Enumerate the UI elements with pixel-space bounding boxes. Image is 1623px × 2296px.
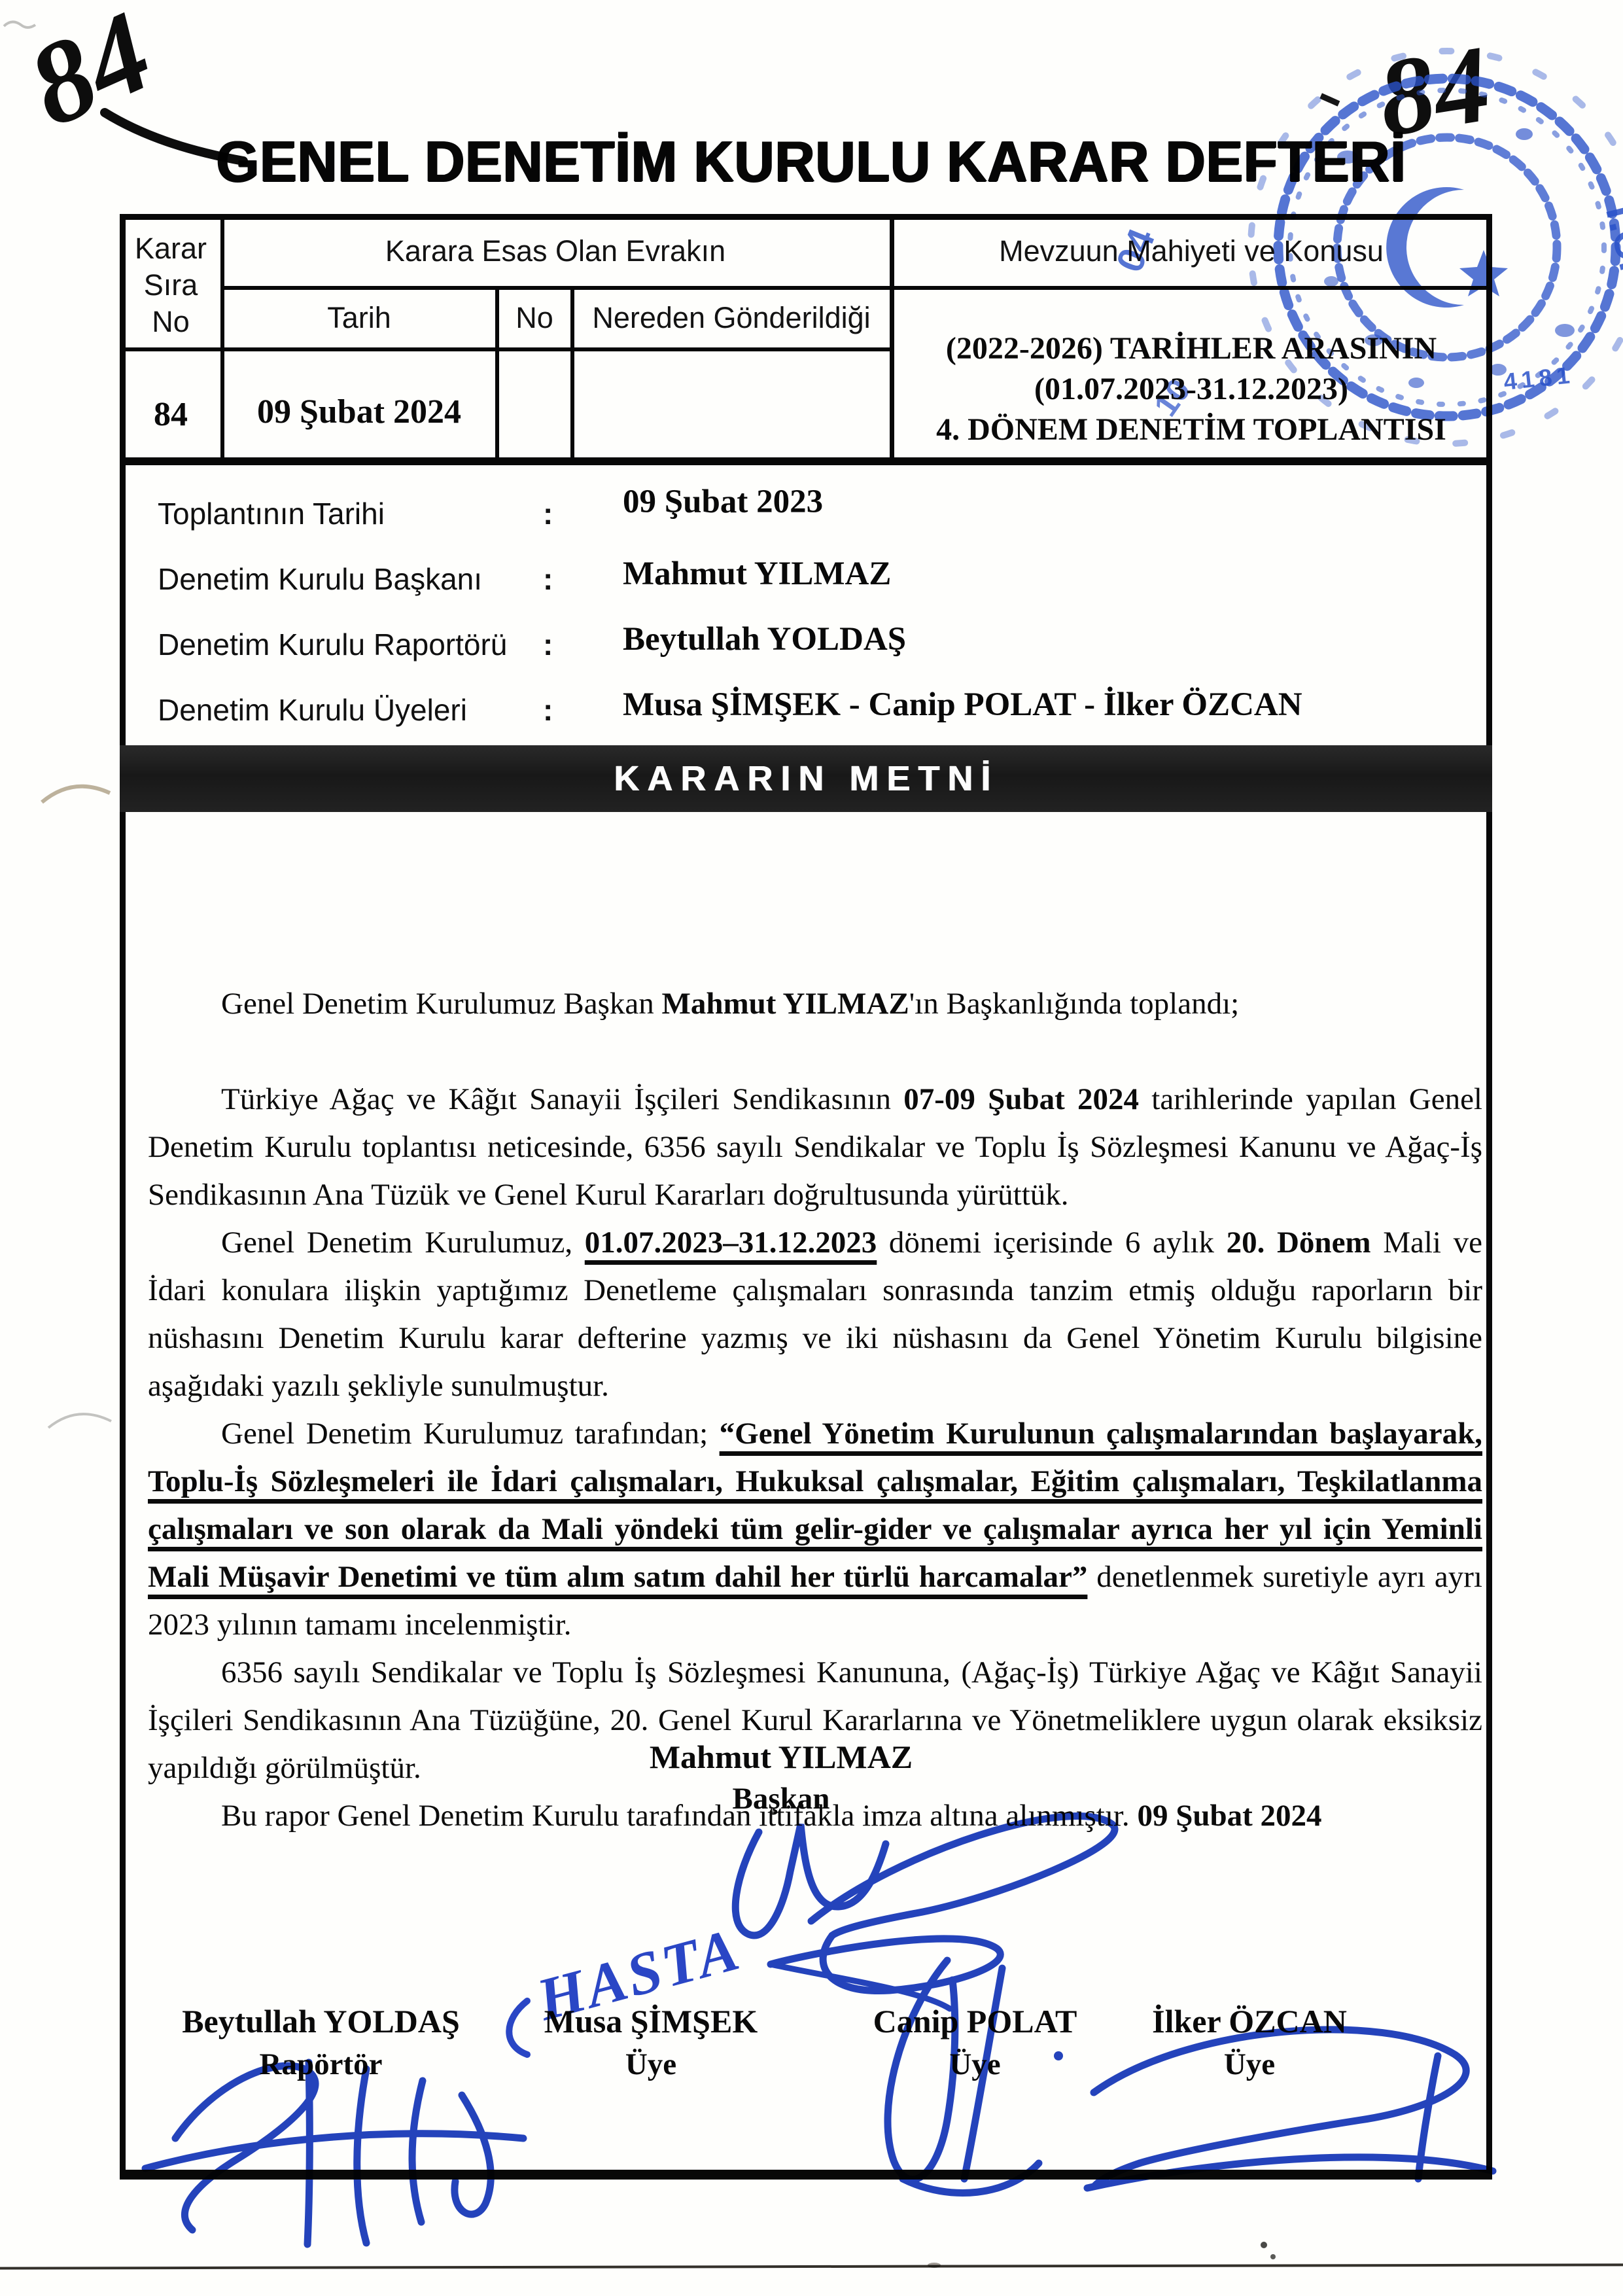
member-name-beytullah: Beytullah YOLDAŞ — [169, 2002, 473, 2040]
info-label-baskan: Denetim Kurulu Başkanı — [158, 561, 482, 597]
table-header-mevzuun: Mevzuun Mahiyeti ve Konusu — [894, 234, 1488, 268]
info-colon-3: : — [543, 627, 553, 662]
table-header-no: No — [499, 301, 570, 335]
page-title: GENEL DENETİM KURULU KARAR DEFTERİ — [164, 128, 1458, 195]
stamp-letters: T.C. — [1595, 194, 1623, 275]
cell-mevzuun: (2022-2026) TARİHLER ARASININ (01.07.202… — [894, 328, 1488, 450]
mevzuun-line-1: (2022-2026) TARİHLER ARASININ — [894, 328, 1488, 369]
table-header-karar-sira-no: Karar Sıra No — [122, 230, 220, 340]
cell-tarih: 09 Şubat 2024 — [224, 393, 494, 431]
member-role-canip: Üye — [829, 2047, 1121, 2082]
info-value-raportor: Beytullah YOLDAŞ — [623, 620, 906, 658]
president-role: Başkan — [454, 1781, 1108, 1816]
banner-title: KARARIN METNİ — [614, 758, 998, 799]
decision-body-text: Genel Denetim Kurulumuz Başkan Mahmut YI… — [148, 980, 1482, 1840]
mevzuun-line-3: 4. DÖNEM DENETİM TOPLANTISI — [894, 410, 1488, 450]
table-header-nereden: Nereden Gönderildiği — [574, 301, 888, 335]
margin-mark-2 — [48, 1414, 111, 1428]
margin-mark-1 — [42, 786, 110, 802]
info-value-baskan: Mahmut YILMAZ — [623, 555, 891, 593]
decision-banner: KARARIN METNİ — [120, 745, 1492, 812]
info-value-uyeler: Musa ŞİMŞEK - Canip POLAT - İlker ÖZCAN — [623, 686, 1302, 724]
cell-karar-no: 84 — [122, 395, 220, 434]
body-paragraph-1: Genel Denetim Kurulumuz Başkan Mahmut YI… — [148, 980, 1482, 1028]
info-colon-2: : — [543, 561, 553, 597]
table-hline-bottom — [120, 457, 1492, 465]
pen-dash — [1319, 93, 1340, 106]
table-vline-4 — [890, 214, 894, 465]
corner-artifact — [4, 22, 35, 27]
member-role-ilker: Üye — [1109, 2047, 1390, 2082]
ink-speck-1 — [1261, 2242, 1267, 2248]
member-name-musa: Musa ŞİMŞEK — [504, 2002, 798, 2040]
table-hline-subheader — [120, 347, 894, 351]
table-hline-group — [220, 286, 1492, 290]
table-header-tarih: Tarih — [224, 301, 494, 335]
president-name: Mahmut YILMAZ — [454, 1738, 1108, 1776]
ink-speck-2 — [1270, 2254, 1276, 2259]
svg-text:84: 84 — [10, 0, 169, 152]
info-colon-1: : — [543, 496, 553, 531]
member-role-beytullah: Rapörtör — [169, 2047, 473, 2082]
body-paragraph-2: Türkiye Ağaç ve Kâğıt Sanayii İşçileri S… — [148, 1076, 1482, 1219]
member-name-canip: Canip POLAT — [829, 2002, 1121, 2040]
info-label-uyeler: Denetim Kurulu Üyeleri — [158, 692, 467, 728]
mevzuun-line-2: (01.07.2023-31.12.2023) — [894, 369, 1488, 410]
info-colon-4: : — [543, 692, 553, 728]
scanned-decision-page: GENEL DENETİM KURULU KARAR DEFTERİ Karar… — [0, 0, 1623, 2296]
info-label-raportor: Denetim Kurulu Raportörü — [158, 627, 507, 662]
info-label-toplanti-tarihi: Toplantının Tarihi — [158, 496, 385, 531]
page-bottom-rule — [0, 2263, 1623, 2269]
body-paragraph-4: Genel Denetim Kurulumuz tarafından; “Gen… — [148, 1410, 1482, 1649]
table-header-karara-esas: Karara Esas Olan Evrakın — [224, 234, 886, 268]
member-role-musa: Üye — [504, 2047, 798, 2082]
member-name-ilker: İlker ÖZCAN — [1109, 2002, 1390, 2040]
info-value-toplanti-tarihi: 09 Şubat 2023 — [623, 483, 823, 521]
stamp-number: 4181 — [1503, 361, 1576, 395]
body-paragraph-3: Genel Denetim Kurulumuz, 01.07.2023–31.1… — [148, 1219, 1482, 1410]
